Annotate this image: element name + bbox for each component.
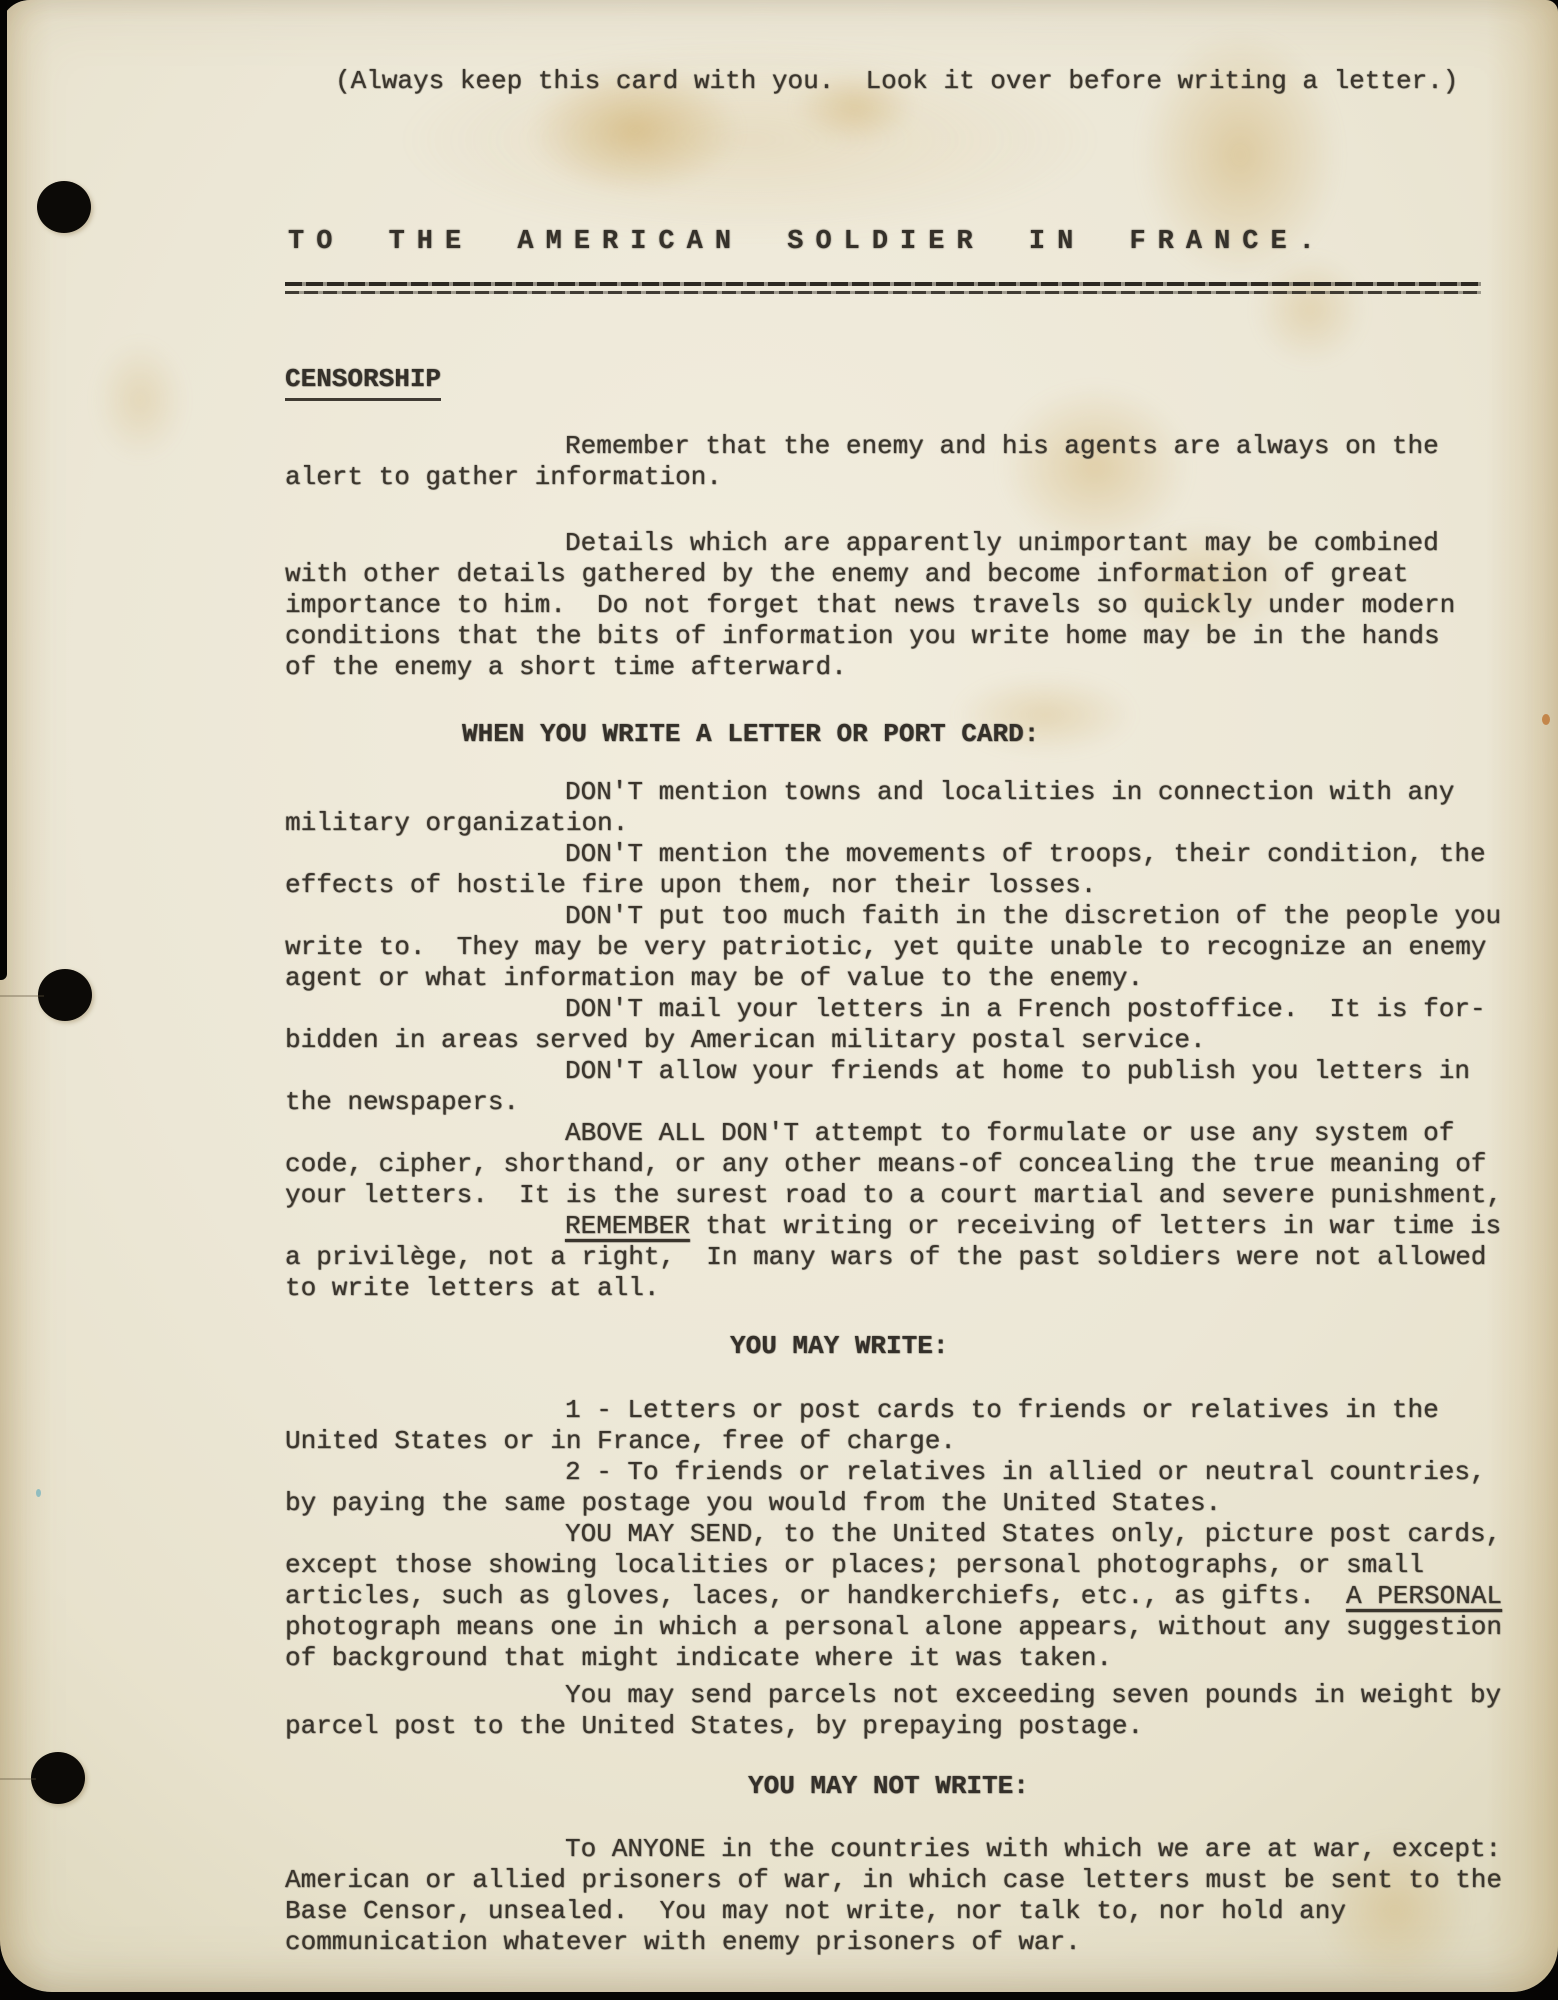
text-line: DON'T allow your friends at home to publ… xyxy=(565,1056,1558,1087)
text-line: YOU MAY SEND, to the United States only,… xyxy=(565,1519,1558,1550)
text-line: 2 - To friends or relatives in allied or… xyxy=(565,1457,1558,1488)
text-line: photograph means one in which a personal… xyxy=(285,1612,1558,1643)
remember-emphasis: REMEMBER xyxy=(565,1211,690,1241)
text-line: To ANYONE in the countries with which we… xyxy=(565,1834,1558,1865)
title-divider xyxy=(285,282,1481,294)
text-line: except those showing localities or place… xyxy=(285,1550,1558,1581)
text-line: of background that might indicate where … xyxy=(285,1643,1558,1674)
text-line: alert to gather information. xyxy=(285,462,1558,493)
text-line: communication whatever with enemy prison… xyxy=(285,1927,1558,1958)
text-line: American or allied prisoners of war, in … xyxy=(285,1865,1558,1896)
text-line: DON'T put too much faith in the discreti… xyxy=(565,901,1558,932)
text-line: the newspapers. xyxy=(285,1087,1558,1118)
divider-line-top xyxy=(285,282,1481,286)
text-line: effects of hostile fire upon them, nor t… xyxy=(285,870,1558,901)
text-line: articles, such as gloves, laces, or hand… xyxy=(285,1581,1558,1612)
text-line: REMEMBER that writing or receiving of le… xyxy=(565,1211,1558,1242)
text-line: United States or in France, free of char… xyxy=(285,1426,1558,1457)
text-line: DON'T mail your letters in a French post… xyxy=(565,994,1558,1025)
text-line: parcel post to the United States, by pre… xyxy=(285,1711,1558,1742)
text-line: your letters. It is the surest road to a… xyxy=(285,1180,1558,1211)
scanned-document: (Always keep this card with you. Look it… xyxy=(0,0,1558,2000)
a-personal-emphasis: A PERSONAL xyxy=(1346,1581,1502,1611)
text-line: code, cipher, shorthand, or any other me… xyxy=(285,1149,1558,1180)
you-may-write-list: 1 - Letters or post cards to friends or … xyxy=(0,1395,1558,1674)
page-title: TO THE AMERICAN SOLDIER IN FRANCE. xyxy=(288,227,1558,258)
text-line: to write letters at all. xyxy=(285,1273,1558,1304)
text-line: with other details gathered by the enemy… xyxy=(285,559,1558,590)
when-you-write-heading: WHEN YOU WRITE A LETTER OR PORT CARD: xyxy=(462,719,1558,750)
text-line: DON'T mention towns and localities in co… xyxy=(565,777,1558,808)
text-line: of the enemy a short time afterward. xyxy=(285,652,1558,683)
text-line: Base Censor, unsealed. You may not write… xyxy=(285,1896,1558,1927)
censorship-paragraph-1: Remember that the enemy and his agents a… xyxy=(0,431,1558,493)
text-line: 1 - Letters or post cards to friends or … xyxy=(565,1395,1558,1426)
text-line: importance to him. Do not forget that ne… xyxy=(285,590,1558,621)
text-line: a privilège, not a right, In many wars o… xyxy=(285,1242,1558,1273)
text-line: military organization. xyxy=(285,808,1558,839)
dont-rules-list: DON'T mention towns and localities in co… xyxy=(0,777,1558,1304)
text-line: agent or what information may be of valu… xyxy=(285,963,1558,994)
document-content: (Always keep this card with you. Look it… xyxy=(0,0,1558,1958)
you-may-not-write-paragraph: To ANYONE in the countries with which we… xyxy=(0,1834,1558,1958)
text-line: You may send parcels not exceeding seven… xyxy=(565,1680,1558,1711)
text-line: Details which are apparently unimportant… xyxy=(565,528,1558,559)
divider-line-bottom xyxy=(285,291,1481,294)
text-line: Remember that the enemy and his agents a… xyxy=(565,431,1558,462)
text-line: by paying the same postage you would fro… xyxy=(285,1488,1558,1519)
you-may-not-write-heading: YOU MAY NOT WRITE: xyxy=(748,1771,1558,1802)
text-line: conditions that the bits of information … xyxy=(285,621,1558,652)
you-may-write-heading: YOU MAY WRITE: xyxy=(730,1331,1558,1362)
censorship-heading: CENSORSHIP xyxy=(285,364,1558,395)
text-line: DON'T mention the movements of troops, t… xyxy=(565,839,1558,870)
text-line: write to. They may be very patriotic, ye… xyxy=(285,932,1558,963)
censorship-paragraph-2: Details which are apparently unimportant… xyxy=(0,528,1558,683)
text-line: bidden in areas served by American milit… xyxy=(285,1025,1558,1056)
keep-card-note: (Always keep this card with you. Look it… xyxy=(335,66,1558,97)
text-line: ABOVE ALL DON'T attempt to formulate or … xyxy=(565,1118,1558,1149)
parcel-paragraph: You may send parcels not exceeding seven… xyxy=(0,1680,1558,1742)
